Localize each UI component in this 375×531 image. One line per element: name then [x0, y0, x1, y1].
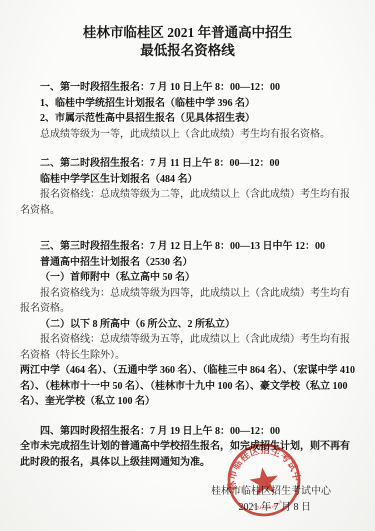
section-period-4: 四、第四时段招生报名：7 月 19 日上午 8：00—12：00 全市未完成招生…: [20, 424, 355, 471]
section-4-heading: 四、第四时段招生报名：7 月 19 日上午 8：00—12：00: [20, 424, 355, 440]
section-3-school-list: 两江中学（464 名）、（五通中学 360 名）、（临桂三中 864 名）、（宏…: [20, 363, 355, 410]
section-1-item-1: 1、临桂中学统招生计划报名（临桂中学 396 名）: [20, 96, 355, 112]
signature-block: 桂林市临桂区招生考试中心 2021 年 7 月 8 日: [20, 484, 355, 516]
section-2-plan: 临桂中学学区生计划报名（484 名）: [20, 172, 355, 188]
section-period-3: 三、第三时段招生报名：7 月 12 日上午 8：00—13 日中午 12：00 …: [20, 239, 355, 410]
section-3-heading: 三、第三时段招生报名：7 月 12 日上午 8：00—13 日中午 12：00: [20, 239, 355, 255]
section-2-note: 报名资格线：总成绩等级为二等，此成绩以上（含此成绩）考生均有报名资格。: [20, 187, 355, 218]
section-3-plan: 普通高中招生计划报名（2530 名）: [20, 255, 355, 271]
section-3-note-1: 报名资格线为：总成绩等级为四等，此成绩以上（含此成绩）考生均有报名资格。: [20, 286, 355, 317]
section-1-note: 总成绩等级为一等，此成绩以上（含此成绩）考生均有报名资格。: [20, 127, 355, 143]
section-3-note-2: 报名资格线：总成绩等级为五等，此成绩以上（含此成绩）考生均有报名资格（特长生除外…: [20, 332, 355, 363]
section-1-heading: 一、第一时段招生报名：7 月 10 日上午 8：00—12：00: [20, 80, 355, 96]
page-title: 桂林市临桂区 2021 年普通高中招生 最低报名资格线: [20, 24, 355, 60]
document-page: 桂林市临桂区 2021 年普通高中招生 最低报名资格线 一、第一时段招生报名：7…: [0, 0, 375, 531]
signature-org: 桂林市临桂区招生考试中心: [20, 484, 355, 500]
section-period-2: 二、第二时段招生报名：7 月 11 日上午 8：00—12：00 临桂中学学区生…: [20, 156, 355, 218]
title-line-2: 最低报名资格线: [140, 43, 235, 58]
signature-date: 2021 年 7 月 8 日: [20, 500, 355, 516]
section-1-item-2: 2、市属示范性高中县招生报名（见具体招生表）: [20, 111, 355, 127]
section-3-sub-2: （二）以下 8 所高中（6 所公立、2 所私立）: [20, 317, 355, 333]
section-2-heading: 二、第二时段招生报名：7 月 11 日上午 8：00—12：00: [20, 156, 355, 172]
section-period-1: 一、第一时段招生报名：7 月 10 日上午 8：00—12：00 1、临桂中学统…: [20, 80, 355, 142]
title-line-1: 桂林市临桂区 2021 年普通高中招生: [83, 25, 292, 40]
section-4-note: 全市未完成招生计划的普通高中学校招生报名，如完成招生计划，则不再有此时段的报名，…: [20, 439, 355, 470]
section-3-sub-1: （一）首师附中（私立高中 50 名）: [20, 270, 355, 286]
